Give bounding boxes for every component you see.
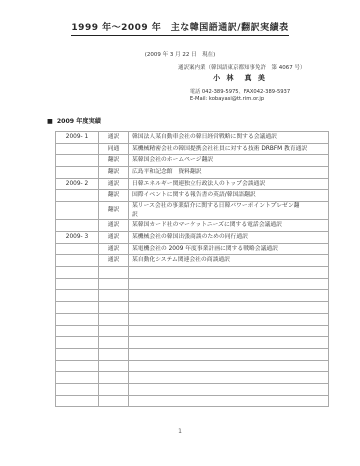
table-row: 通訳某自動化システム関連会社の商談通訳 [56, 255, 329, 267]
type-cell: 通訳 [99, 220, 129, 232]
desc-cell [129, 348, 329, 360]
section-heading: ■2009 年度実績 [47, 116, 101, 125]
type-cell: 通訳 [99, 132, 129, 144]
desc-cell [129, 278, 329, 290]
period-cell [56, 255, 99, 267]
desc-cell [129, 302, 329, 314]
period-cell [56, 372, 99, 384]
type-cell [99, 278, 129, 290]
table-row: 翻訳国際イベントに関する報告書の英語/韓国語翻訳 [56, 190, 329, 202]
type-cell: 翻訳 [99, 202, 129, 220]
type-cell: 翻訳 [99, 167, 129, 179]
type-cell [99, 313, 129, 325]
type-cell [99, 325, 129, 337]
contact-details: 電話 042-389-5975、FAX042-389-5937 E-Mail: … [190, 89, 290, 103]
desc-cell [129, 395, 329, 407]
table-row [56, 290, 329, 302]
as-of-date: (2009 年 3 月 22 日 現在) [0, 50, 360, 58]
table-row [56, 325, 329, 337]
period-cell [56, 202, 99, 220]
period-cell [56, 348, 99, 360]
table-row [56, 278, 329, 290]
type-cell: 翻訳 [99, 190, 129, 202]
desc-cell: 某リース会社の事業紹介に関する日韓パワーポイントプレゼン翻 訳 [129, 202, 329, 220]
period-cell [56, 360, 99, 372]
period-cell [56, 167, 99, 179]
period-cell [56, 383, 99, 395]
table-row: 同通某機械精密会社の韓国提携会社社員に対する技術 DRBFM 教育通訳 [56, 143, 329, 155]
type-cell: 通訳 [99, 243, 129, 255]
section-heading-label: 2009 年度実績 [57, 118, 101, 125]
table-row [56, 360, 329, 372]
type-cell: 通訳 [99, 232, 129, 244]
period-cell [56, 155, 99, 167]
type-cell: 同通 [99, 143, 129, 155]
period-cell [56, 220, 99, 232]
table-row [56, 302, 329, 314]
table-row [56, 383, 329, 395]
table-row: 翻訳広島平和記念館 資料翻訳 [56, 167, 329, 179]
page-number: 1 [0, 428, 360, 435]
type-cell [99, 360, 129, 372]
period-cell [56, 290, 99, 302]
type-cell: 翻訳 [99, 155, 129, 167]
table-row: 通訳某電機会社の 2009 年度事業計画に関する戦略会議通訳 [56, 243, 329, 255]
desc-cell [129, 372, 329, 384]
period-cell: 2009- 1 [56, 132, 99, 144]
period-cell [56, 267, 99, 279]
table-row [56, 337, 329, 349]
table-row [56, 267, 329, 279]
desc-cell [129, 325, 329, 337]
license-line: 通訳案内業（韓国語東京都知事免許 第 4067 号） [178, 63, 302, 71]
table-row [56, 395, 329, 407]
table-row: 翻訳某リース会社の事業紹介に関する日韓パワーポイントプレゼン翻 訳 [56, 202, 329, 220]
type-cell [99, 337, 129, 349]
desc-cell: 某機械会社の韓国出張商談のための同行通訳 [129, 232, 329, 244]
period-cell [56, 395, 99, 407]
desc-cell [129, 337, 329, 349]
desc-cell: 日韓エネルギー関連独立行政法人のトップ会談通訳 [129, 178, 329, 190]
type-cell [99, 348, 129, 360]
desc-cell: 某自動化システム関連会社の商談通訳 [129, 255, 329, 267]
type-cell [99, 267, 129, 279]
section-bullet-icon: ■ [47, 118, 53, 125]
desc-cell: 国際イベントに関する報告書の英語/韓国語翻訳 [129, 190, 329, 202]
desc-cell [129, 267, 329, 279]
document-page: 1999 年～2009 年 主な韓国語通訳/翻訳実績表 (2009 年 3 月 … [0, 0, 360, 466]
period-cell: 2009- 3 [56, 232, 99, 244]
email-line: E-Mail: kobayasi@tt.rim.or.jp [190, 96, 290, 103]
results-table-body: 2009- 1通訳韓国法人某自動車会社の韓日経営戦略に関する会議通訳同通某機械精… [56, 132, 329, 407]
desc-cell: 広島平和記念館 資料翻訳 [129, 167, 329, 179]
type-cell: 通訳 [99, 178, 129, 190]
type-cell [99, 290, 129, 302]
period-cell [56, 302, 99, 314]
period-cell [56, 190, 99, 202]
desc-cell [129, 383, 329, 395]
table-row [56, 372, 329, 384]
period-cell [56, 143, 99, 155]
desc-cell: 某韓国会社のホームページ翻訳 [129, 155, 329, 167]
page-title: 1999 年～2009 年 主な韓国語通訳/翻訳実績表 [0, 15, 360, 36]
author-name: 小 林 真 美 [178, 73, 302, 83]
period-cell [56, 278, 99, 290]
table-row: 2009- 2通訳日韓エネルギー関連独立行政法人のトップ会談通訳 [56, 178, 329, 190]
table-row [56, 348, 329, 360]
table-row [56, 313, 329, 325]
desc-cell [129, 360, 329, 372]
desc-cell [129, 290, 329, 302]
desc-cell: 韓国法人某自動車会社の韓日経営戦略に関する会議通訳 [129, 132, 329, 144]
table-row: 2009- 3通訳某機械会社の韓国出張商談のための同行通訳 [56, 232, 329, 244]
type-cell [99, 302, 129, 314]
phone-line: 電話 042-389-5975、FAX042-389-5937 [190, 89, 290, 96]
type-cell: 通訳 [99, 255, 129, 267]
period-cell [56, 337, 99, 349]
period-cell [56, 313, 99, 325]
page-title-text: 1999 年～2009 年 主な韓国語通訳/翻訳実績表 [71, 20, 288, 36]
period-cell [56, 325, 99, 337]
results-table: 2009- 1通訳韓国法人某自動車会社の韓日経営戦略に関する会議通訳同通某機械精… [55, 131, 329, 407]
desc-cell: 某機械精密会社の韓国提携会社社員に対する技術 DRBFM 教育通訳 [129, 143, 329, 155]
period-cell [56, 243, 99, 255]
desc-cell: 某韓国カード社のマーケットニーズに関する電話会議通訳 [129, 220, 329, 232]
desc-cell: 某電機会社の 2009 年度事業計画に関する戦略会議通訳 [129, 243, 329, 255]
table-row: 2009- 1通訳韓国法人某自動車会社の韓日経営戦略に関する会議通訳 [56, 132, 329, 144]
table-row: 翻訳某韓国会社のホームページ翻訳 [56, 155, 329, 167]
type-cell [99, 372, 129, 384]
type-cell [99, 383, 129, 395]
type-cell [99, 395, 129, 407]
contact-block: 通訳案内業（韓国語東京都知事免許 第 4067 号） 小 林 真 美 電話 04… [178, 63, 302, 104]
period-cell: 2009- 2 [56, 178, 99, 190]
table-row: 通訳某韓国カード社のマーケットニーズに関する電話会議通訳 [56, 220, 329, 232]
desc-cell [129, 313, 329, 325]
